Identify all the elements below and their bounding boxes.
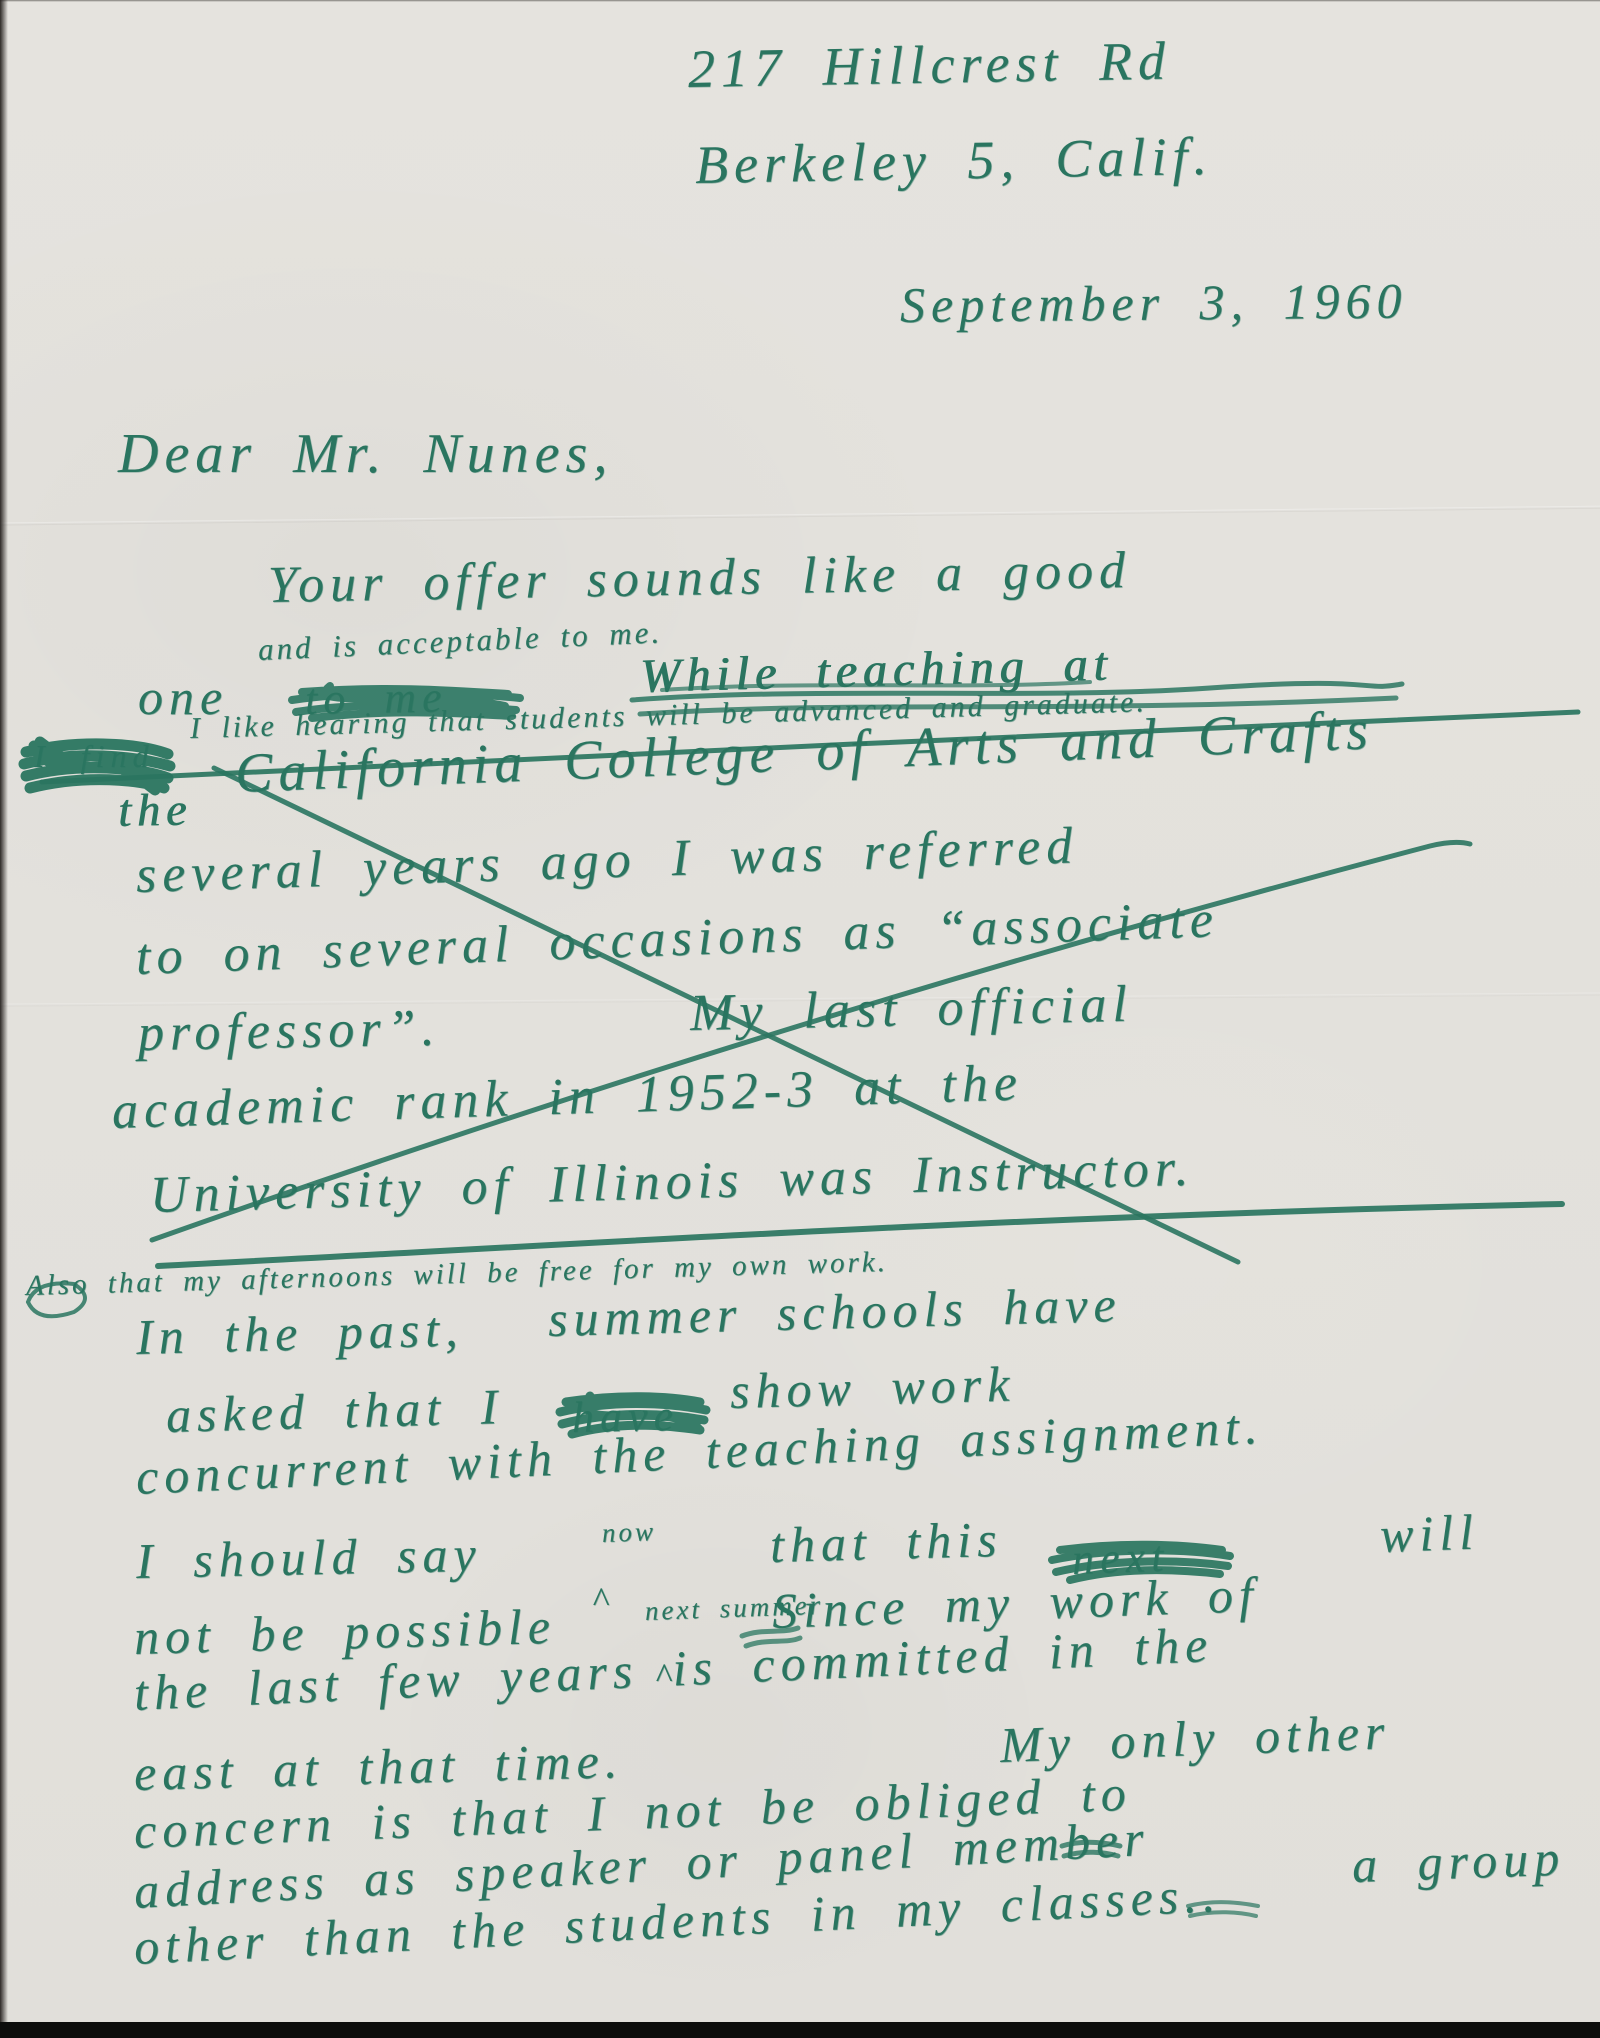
body-word-will: will xyxy=(1379,1507,1480,1560)
salutation: Dear Mr. Nunes, xyxy=(118,426,613,482)
body-line-summer-schools: summer schools have xyxy=(547,1279,1122,1344)
body-line-my-only-other: My only other xyxy=(999,1706,1391,1770)
struck-text-i-find: I find xyxy=(34,740,154,772)
scan-edge-bottom xyxy=(0,2022,1600,2038)
body-word-the: the xyxy=(118,787,193,834)
body-line-university: University of Illinois was Instructor. xyxy=(149,1143,1195,1222)
inserted-line-acceptable: and is acceptable to me. xyxy=(257,616,662,665)
body-line-that-this: that this xyxy=(769,1514,1003,1570)
body-line-several-years: several years ago I was referred xyxy=(135,820,1079,902)
scan-edge-left xyxy=(0,0,8,2038)
body-line-asked-that-i: asked that I xyxy=(165,1381,503,1440)
address-line-2: Berkeley 5, Calif. xyxy=(695,129,1214,192)
body-line-opening: Your offer sounds like a good xyxy=(268,545,1132,612)
inserted-word-now: now xyxy=(602,1518,657,1547)
body-line-show-work: show work xyxy=(729,1359,1016,1416)
body-line-i-should-say: I should say xyxy=(135,1529,482,1586)
body-line-my-last: My last official xyxy=(689,979,1133,1040)
letter-page: 217 Hillcrest Rd Berkeley 5, Calif. Sept… xyxy=(0,0,1600,2038)
body-line-a-group: a group xyxy=(1351,1833,1566,1890)
date-line: September 3, 1960 xyxy=(900,276,1408,330)
caret-now: ^ xyxy=(592,1582,613,1618)
body-line-to-on-several: to on several occasions as “associate xyxy=(135,894,1220,984)
paper-crease xyxy=(0,505,1600,525)
body-line-academic-rank: academic rank in 1952-3 at the xyxy=(111,1057,1023,1138)
body-word-professor: professor”. xyxy=(138,1003,441,1060)
body-line-in-the-past: In the past, xyxy=(135,1303,464,1362)
scan-edge-top xyxy=(0,0,1600,2)
address-line-1: 217 Hillcrest Rd xyxy=(688,34,1172,96)
